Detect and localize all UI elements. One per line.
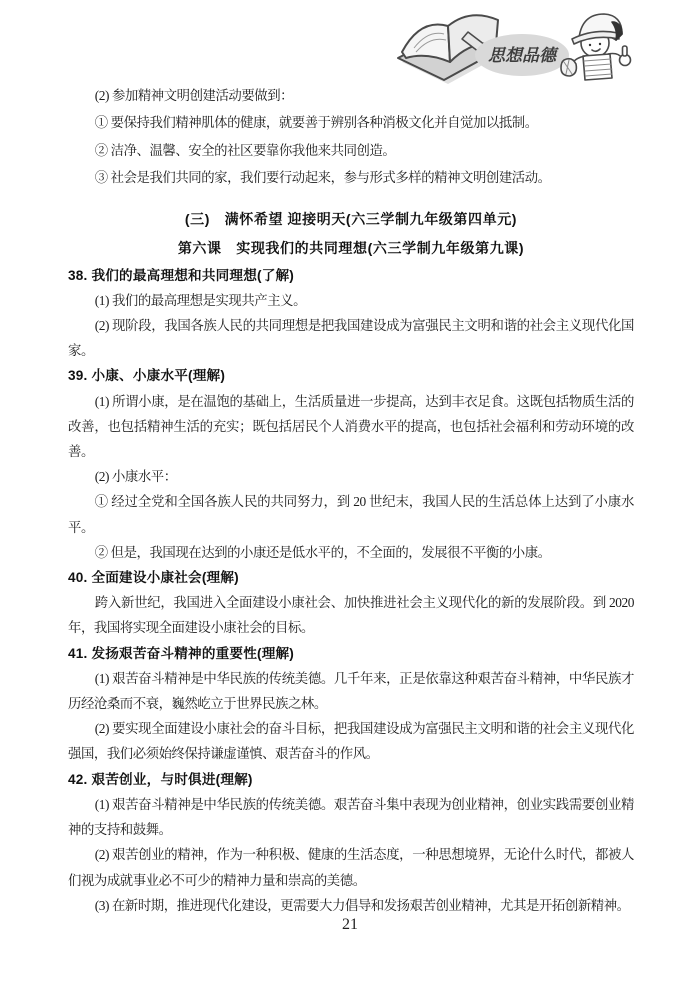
topic-heading-39: 39. 小康、小康水平(理解) xyxy=(68,363,634,388)
lesson-title: 第六课 实现我们的共同理想(六三学制九年级第九课) xyxy=(68,234,634,263)
paragraph: ③ 社会是我们共同的家，我们要行动起来，参与形式多样的精神文明创建活动。 xyxy=(68,164,634,191)
paragraph: (2) 小康水平： xyxy=(68,464,634,489)
paragraph: ① 要保持我们精神肌体的健康，就要善于辨别各种消极文化并自觉加以抵制。 xyxy=(68,109,634,136)
header-illustration: 思想品德 xyxy=(386,2,645,84)
paragraph: (2) 参加精神文明创建活动要做到： xyxy=(68,82,634,109)
paragraph: ① 经过全党和全国各族人民的共同努力，到 20 世纪末，我国人民的生活总体上达到… xyxy=(68,489,634,539)
paragraph: 跨入新世纪，我国进入全面建设小康社会、加快推进社会主义现代化的新的发展阶段。到 … xyxy=(68,590,634,640)
topic-heading-42: 42. 艰苦创业，与时俱进(理解) xyxy=(68,767,634,792)
unit-title: (三) 满怀希望 迎接明天(六三学制九年级第四单元) xyxy=(68,205,634,234)
paragraph: ② 但是，我国现在达到的小康还是低水平的，不全面的，发展很不平衡的小康。 xyxy=(68,540,634,565)
paragraph: (1) 所谓小康，是在温饱的基础上，生活质量进一步提高，达到丰衣足食。这既包括物… xyxy=(68,389,634,465)
paragraph: (2) 现阶段，我国各族人民的共同理想是把我国建设成为富强民主文明和谐的社会主义… xyxy=(68,313,634,363)
topic-heading-38: 38. 我们的最高理想和共同理想(了解) xyxy=(68,263,634,288)
header-illustration-svg: 思想品德 xyxy=(386,2,645,84)
topic-heading-41: 41. 发扬艰苦奋斗精神的重要性(理解) xyxy=(68,641,634,666)
paragraph: ② 洁净、温馨、安全的社区要靠你我他来共同创造。 xyxy=(68,137,634,164)
page: 思想品德 (2) 参加精神文明创建活 xyxy=(0,0,700,986)
paragraph: (2) 要实现全面建设小康社会的奋斗目标，把我国建设成为富强民主文明和谐的社会主… xyxy=(68,716,634,766)
page-number: 21 xyxy=(0,916,700,934)
paragraph: (1) 艰苦奋斗精神是中华民族的传统美德。几千年来，正是依靠这种艰苦奋斗精神，中… xyxy=(68,666,634,716)
paragraph: (3) 在新时期，推进现代化建设，更需要大力倡导和发扬艰苦创业精神，尤其是开拓创… xyxy=(68,893,634,918)
paragraph: (1) 艰苦奋斗精神是中华民族的传统美德。艰苦奋斗集中表现为创业精神，创业实践需… xyxy=(68,792,634,842)
cartoon-student-icon xyxy=(561,14,631,80)
content-area: (2) 参加精神文明创建活动要做到： ① 要保持我们精神肌体的健康，就要善于辨别… xyxy=(68,82,634,918)
paragraph: (2) 艰苦创业的精神，作为一种积极、健康的生活态度，一种思想境界，无论什么时代… xyxy=(68,842,634,892)
topic-heading-40: 40. 全面建设小康社会(理解) xyxy=(68,565,634,590)
subject-badge: 思想品德 xyxy=(475,34,569,76)
paragraph: (1) 我们的最高理想是实现共产主义。 xyxy=(68,288,634,313)
subject-badge-label: 思想品德 xyxy=(488,46,559,65)
